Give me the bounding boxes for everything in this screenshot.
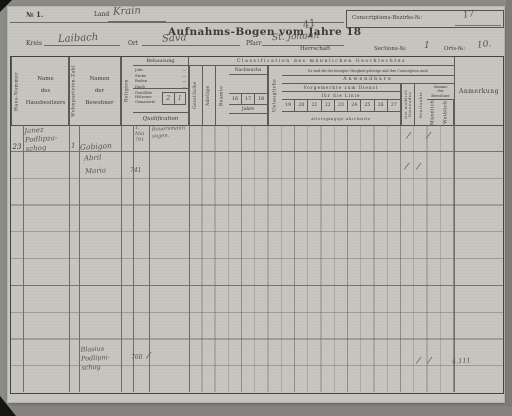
label-line: Bewohner: [85, 97, 113, 109]
col-header-wohnparteien: Wohnparteien-Zahl: [69, 57, 79, 125]
classification-note: Es sind die der hiesigen Obrigkeit gehör…: [282, 66, 454, 76]
col-header-dienende: Die wirklich Dienenden: [401, 84, 414, 125]
col-header-maennlich: Männlich: [427, 100, 440, 125]
orts-value-handwriting: 10.: [477, 39, 492, 50]
behausung-rows: Jahr— Stube— Boden— Dach—: [133, 67, 188, 88]
col-header-bewohner: Namen der Bewohner: [79, 57, 121, 125]
col-header-hausbesitzer: Name des Hausbesitzers: [23, 57, 69, 125]
summe-title-line: Bewohner: [431, 94, 449, 98]
col-header-anmerkung: Anmerkung: [454, 57, 503, 125]
sections-label: Sections-№:: [374, 46, 407, 52]
linie-note: Altersgängige Abschnitte: [282, 112, 401, 125]
entry-birth-1: 1. Mai 791: [135, 126, 144, 144]
conscription-label: Conscriptions-Bezirks-№:: [352, 15, 422, 21]
age-cell: 17: [241, 94, 254, 104]
behausung-value-box: 2 1: [162, 92, 186, 105]
age-cell: 25: [360, 100, 373, 111]
mid-label: Gemauerte: [135, 100, 161, 104]
entry-resident-2: Abril: [84, 154, 102, 163]
age-cell: 22: [321, 100, 334, 111]
column-line: [133, 125, 134, 392]
label-line: der: [85, 85, 113, 97]
age-cell: 27: [387, 100, 400, 111]
rule: [142, 45, 240, 46]
scan-edge-bottom: [0, 407, 512, 416]
col-header-geistliche: Geistliche: [189, 66, 202, 125]
ort-value-handwriting: Sava: [162, 32, 187, 44]
rule: [455, 25, 501, 26]
census-table: Haus-Nummer Name des Hausbesitzers Wohnp…: [10, 56, 504, 394]
sheet-number: № 1.: [26, 10, 43, 19]
handwriting-line: sogen.: [152, 132, 185, 140]
age-cell: 16: [229, 94, 241, 104]
label-line: Namen: [85, 73, 113, 85]
linie-heading: für die Linie: [282, 92, 401, 100]
conscription-box: Conscriptions-Bezirks-№: 17: [346, 10, 504, 28]
entry-birth-bottom: 760: [131, 354, 142, 361]
handwriting-line: 791: [135, 138, 144, 144]
scanned-census-sheet: № 1. Land Krain Conscriptions-Bezirks-№:…: [0, 0, 512, 416]
column-line: [121, 125, 122, 392]
age-cell: 24: [347, 100, 360, 111]
col-header-weiblich: Weiblich: [440, 100, 454, 125]
conscription-value-handwriting: 17: [462, 9, 475, 20]
behausung-mid: Gewölbte Hölzerne Gemauerte 2 1: [133, 88, 188, 112]
nachwuchs-box: Nachwuchs 16 17 18 Jahre: [229, 66, 268, 125]
behausung-title: Behausung: [133, 57, 188, 66]
age-cell: 18: [254, 94, 267, 104]
col-header-untaugliche: Untaugliche: [268, 66, 282, 125]
behausung-mid-labels: Gewölbte Hölzerne Gemauerte: [135, 91, 161, 104]
entry-birth-3: 741: [130, 167, 141, 174]
summe-subcols: Männlich Weiblich: [427, 100, 454, 125]
age-cell: 26: [374, 100, 387, 111]
form-title: Aufnahms-Bogen vom Jahre 18: [168, 26, 362, 38]
rule: [44, 45, 120, 46]
nachwuchs-title: Nachwuchs: [229, 66, 267, 75]
herrschaft-label: Herrschaft: [300, 46, 330, 52]
ort-label: Ort: [128, 40, 138, 47]
entry-owner-name: Janez Podlipza- schog: [24, 125, 58, 154]
label-line: Name: [26, 73, 66, 85]
column-line: [189, 125, 190, 392]
summe-title: Summe der Bewohner: [427, 84, 454, 100]
col-header-religion: Religion: [121, 57, 133, 125]
sections-value-handwriting: 1: [424, 41, 430, 51]
orts-label: Orts-№:: [444, 46, 465, 52]
entry-resident-1: Gabigon: [80, 141, 112, 152]
handwriting-line: schog: [81, 362, 110, 372]
column-line: [69, 125, 70, 392]
col-header-adelige: Adelige: [202, 66, 215, 125]
vorgemerkte-heading: Vorgemerkte zum Dienst: [282, 84, 401, 92]
anwendbare-heading: Anwendbare: [282, 76, 454, 84]
age-cell: 23: [334, 100, 347, 111]
classification-title: Classification des männlichen Geschlecht…: [189, 57, 454, 66]
entry-resident-bottom: Blasius Podlipni- schog: [80, 344, 110, 372]
age-cell: 19: [282, 100, 294, 111]
land-label: Land: [94, 11, 109, 18]
handwriting-line: Podlipni-: [81, 353, 110, 363]
kreis-value-handwriting: Laibach: [58, 32, 99, 45]
rule: [10, 22, 344, 23]
nachwuchs-ages: 16 17 18: [229, 93, 267, 105]
entry-wohnpartei: 1: [71, 142, 75, 150]
column-line: [23, 125, 24, 392]
behausung-box: Behausung Jahr— Stube— Boden— Dach— Gewö…: [133, 57, 189, 125]
col-header-hausnummer: Haus-Nummer: [11, 57, 23, 125]
kreis-label: Kreis: [26, 40, 42, 47]
col-header-beamte: Beamte: [215, 66, 229, 125]
label-line: Hausbesitzers: [26, 97, 66, 109]
label-line: des: [26, 85, 66, 97]
behausung-value: 2: [163, 93, 174, 104]
entry-occupation: Bauersmann sogen.: [152, 125, 186, 140]
age-cell: 21: [307, 100, 320, 111]
entry-anmerkung-bottom: 4.111: [452, 356, 471, 365]
col-header-beurlaubte: Beurlaubte: [414, 84, 427, 125]
linie-ages: 19 20 21 22 23 24 25 26 27: [282, 100, 401, 112]
behausung-qualification: Qualification: [133, 112, 188, 125]
entry-house-number: 23: [11, 141, 23, 153]
behausung-value: 1: [174, 93, 186, 104]
age-cell: 20: [294, 100, 307, 111]
scan-edge-right: [506, 0, 512, 416]
classification-column-lines: [189, 125, 454, 392]
summe-box: Summe der Bewohner Männlich Weiblich: [427, 84, 454, 125]
entry-resident-3: Maria: [85, 166, 106, 175]
pfarr-label: Pfarr: [246, 40, 262, 47]
nachwuchs-unit: Jahre: [229, 105, 267, 114]
land-value-handwriting: Krain: [113, 5, 141, 17]
column-line: [454, 125, 455, 392]
